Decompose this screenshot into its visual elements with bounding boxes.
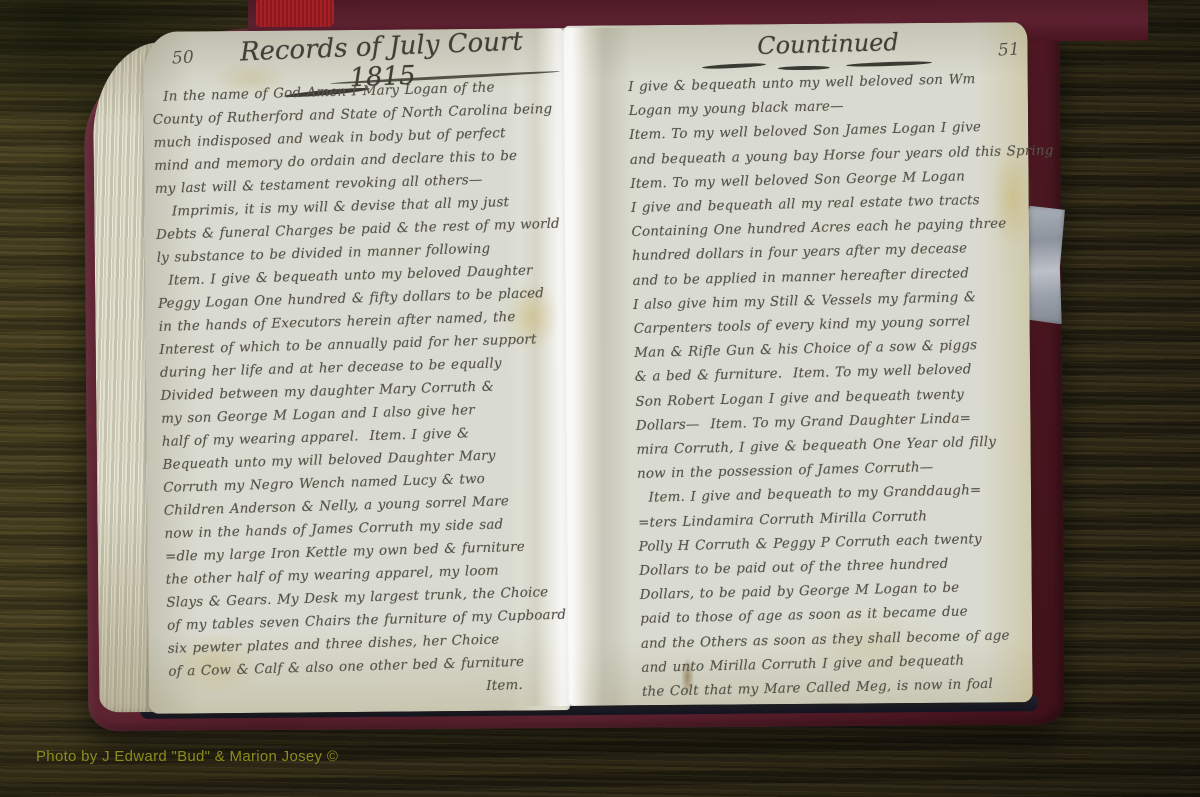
left-page-manuscript-text: In the name of God Amen I Mary Logan of …: [152, 74, 581, 706]
photographer-watermark: Photo by J Edward "Bud" & Marion Josey ©: [36, 748, 338, 765]
right-page-number: 51: [997, 39, 1020, 60]
right-page-manuscript-text: I give & bequeath unto my well beloved s…: [628, 67, 1054, 705]
cover-red-fabric-patch: [256, 0, 334, 27]
left-page-number: 50: [171, 47, 194, 68]
photo-open-record-book: { "photo": { "subject": "Open handwritte…: [0, 0, 1200, 797]
